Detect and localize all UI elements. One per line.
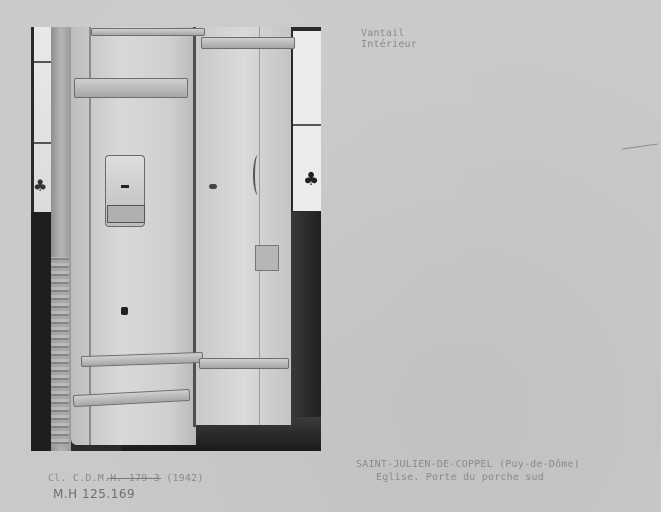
view-subtitle: Intérieur xyxy=(361,39,417,51)
wall-line xyxy=(293,124,321,126)
classification-year: (1942) xyxy=(166,473,203,484)
trefoil-ornament-icon: ♣ xyxy=(303,169,321,191)
door-photograph: ♣ ♣ xyxy=(31,27,321,451)
classification-line: Cl. C.D.M.H. 179-3 (1942) xyxy=(48,473,204,485)
handwritten-reference: M.H 125.169 xyxy=(53,487,135,501)
location-caption: SAINT-JULIEN-DE-COPPEL (Puy-de-Dôme) xyxy=(356,459,580,471)
keyhole xyxy=(121,185,129,188)
strikethrough-line xyxy=(107,478,161,479)
wood-knot xyxy=(121,307,128,315)
iron-strap xyxy=(201,37,295,49)
lock-plate xyxy=(107,205,145,223)
classification-prefix: Cl. C.D. xyxy=(48,473,98,484)
wood-knot xyxy=(209,184,217,189)
iron-strap xyxy=(74,78,188,98)
door-jamb-texture xyxy=(51,257,69,447)
wall-left-lower xyxy=(31,212,51,451)
object-caption: Eglise. Porte du porche sud xyxy=(376,472,544,484)
latch-plate xyxy=(255,245,279,271)
door-seam xyxy=(193,27,196,427)
iron-strap xyxy=(199,358,289,369)
trefoil-ornament-icon: ♣ xyxy=(33,175,49,197)
iron-strap xyxy=(91,28,205,36)
wood-crack xyxy=(253,155,263,195)
wall-right-lower xyxy=(289,212,321,451)
